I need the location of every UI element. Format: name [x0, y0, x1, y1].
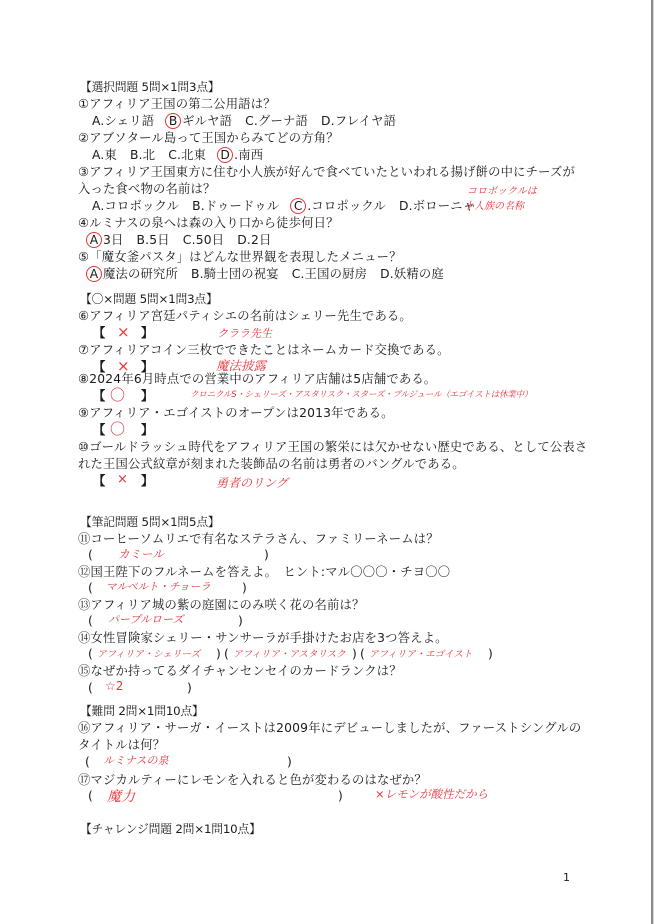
question-2: ②アブソタール島って王国からみてどの方角？	[78, 129, 339, 147]
handwritten-note-q10: 勇者のリング	[216, 474, 288, 491]
option-c: C.グーナ語	[245, 114, 308, 128]
answer-mark-q10: ×	[117, 471, 128, 489]
question-1: ①アフィリア王国の第二公用語は？	[78, 95, 276, 113]
handwritten-answer-q15: ☆2	[105, 679, 123, 693]
bracket-close: 】	[141, 472, 153, 490]
paren-close: )	[216, 645, 221, 663]
option-c: C.王国の厨房	[292, 267, 367, 281]
paren-open: (	[88, 787, 93, 805]
question-16-line1: ⑯アフィリア・サーガ・イーストは2009年にデビューしましたが、ファーストシング…	[78, 719, 581, 737]
option-d-text: .南西	[234, 148, 263, 162]
question-3-options: A.コロボックルB.ドゥードゥルC.コロポックルD.ボローニャ	[92, 197, 475, 215]
handwritten-answer-q12: マルベルト・チョーラ	[106, 579, 211, 594]
paren-close: )	[352, 645, 357, 663]
handwritten-answer-q17: 魔力	[107, 786, 135, 806]
paren-open: (	[88, 612, 93, 630]
section-header-truefalse: 【〇×問題 5問×1問3点】	[80, 290, 218, 308]
section-header-choice: 【選択問題 5問×1問3点】	[80, 78, 220, 96]
handwritten-answer-q16: ルミナスの泉	[103, 752, 169, 768]
paren-open: (	[88, 579, 93, 597]
handwritten-answer-q14-2: アフィリア・アスタリスク	[233, 646, 346, 660]
option-b: B.ドゥードゥル	[192, 199, 279, 213]
bracket-open: 【	[93, 421, 105, 439]
question-3-line1: ③アフィリア王国東方に住む小人族が好んで食べていたといわれる揚げ餅の中にチーズが	[78, 163, 575, 181]
paren-open: (	[88, 645, 93, 663]
paren-close: )	[338, 787, 343, 805]
bracket-close: 】	[141, 387, 153, 405]
question-2-options: A.東B.北C.北東D.南西	[92, 146, 263, 164]
paren-close: )	[287, 753, 292, 771]
circled-answer: C	[290, 198, 306, 214]
paren-open: (	[88, 546, 93, 564]
option-c-text: .コロポックル	[307, 199, 386, 213]
option-b-text: ギルヤ語	[182, 114, 232, 128]
answer-mark-q8: 〇	[110, 386, 125, 404]
section-header-hard: 【難問 2問×1問10点】	[80, 702, 204, 720]
option-b: B.5日	[137, 233, 170, 247]
option-a-text: 魔法の研究所	[103, 267, 178, 281]
bracket-close: 】	[141, 421, 153, 439]
question-10-line2: れた王国公式紋章が刻まれた装飾品の名前は勇者のバングルである。	[78, 455, 465, 473]
option-a: A.コロボックル	[92, 199, 179, 213]
option-b: B.北	[130, 148, 155, 162]
option-a: A.シェリ語	[92, 114, 154, 128]
answer-mark-q9: 〇	[110, 420, 125, 438]
question-5-options: A魔法の研究所B.騎士団の祝宴C.王国の厨房D.妖精の庭	[88, 265, 444, 283]
answer-mark-q6: ×	[117, 323, 130, 341]
bracket-open: 【	[93, 387, 105, 405]
bracket-open: 【	[93, 472, 105, 490]
bracket-close: 】	[141, 324, 153, 342]
option-c: C.北東	[168, 148, 206, 162]
section-header-written: 【筆記問題 5問×1問5点】	[80, 513, 220, 531]
question-1-options: A.シェリ語Bギルヤ語C.グーナ語D.フレイヤ語	[92, 112, 396, 130]
question-4-options: A3日B.5日C.50日D.2日	[88, 231, 272, 249]
circled-answer: A	[86, 232, 102, 248]
option-a: A.東	[92, 148, 117, 162]
paren-close: )	[488, 645, 493, 663]
option-d: D.フレイヤ語	[321, 114, 396, 128]
paren-open: (	[88, 679, 93, 697]
option-b: B.騎士団の祝宴	[191, 267, 279, 281]
handwritten-note-q6: クララ先生	[217, 325, 272, 341]
paren-close: )	[238, 612, 243, 630]
paren-open: (	[360, 645, 365, 663]
option-d: D.2日	[237, 233, 271, 247]
handwritten-answer-q14-3: アフィリア・エゴイスト	[369, 646, 472, 660]
handwritten-answer-q11: カミール	[118, 546, 164, 562]
question-3-line2: 入った食べ物の名前は？	[78, 180, 215, 198]
paren-open: (	[85, 753, 90, 771]
option-d: D.妖精の庭	[380, 267, 444, 281]
handwritten-note-q8: クロニクルS・シェリーズ・アスタリスク・スターズ・ブルジュール（エゴイストは休業…	[190, 388, 532, 400]
handwritten-answer-q13: パープルローズ	[108, 611, 183, 627]
circled-answer: D	[217, 147, 233, 163]
question-10-line1: ⑩ゴールドラッシュ時代をアフィリア王国の繁栄には欠かせない歴史である、として公表…	[78, 438, 587, 456]
question-5: ⑤「魔女釜パスタ」はどんな世界観を表現したメニュー？	[78, 248, 402, 266]
paren-close: )	[242, 579, 247, 597]
question-4: ④ルミナスの泉へは森の入り口から徒歩何日？	[78, 214, 339, 232]
circled-answer: A	[86, 266, 102, 282]
paren-open: (	[224, 645, 229, 663]
circled-answer: B	[165, 113, 181, 129]
section-header-challenge: 【チャレンジ問題 2問×1問10点】	[80, 820, 261, 838]
paren-close: )	[187, 679, 192, 697]
question-14: ⑭女性冒険家シェリー・サンサーラが手掛けたお店を3つ答えよ。	[78, 629, 448, 647]
page-number: 1	[563, 871, 570, 884]
handwritten-answer-q14-1: アフィリア・シェリーズ	[97, 646, 200, 660]
paren-close: )	[264, 546, 269, 564]
option-c: C.50日	[183, 233, 224, 247]
option-a-text: 3日	[103, 233, 124, 247]
question-9: ⑨アフィリア・エゴイストのオープンは2013年である。	[78, 404, 394, 422]
question-15: ⑮なぜか持ってるダイチャンセンセイのカードランクは？	[78, 662, 402, 680]
handwritten-note-q3-line1: コロボックルは	[467, 182, 537, 197]
question-8: ⑧2024年6月時点での営業中のアフィリア店舗は5店舗である。	[78, 370, 436, 388]
bracket-open: 【	[93, 324, 105, 342]
handwritten-note-q17: ×レモンが酸性だから	[375, 786, 488, 802]
handwritten-note-q3-line2: 小人族の名称	[464, 197, 524, 212]
